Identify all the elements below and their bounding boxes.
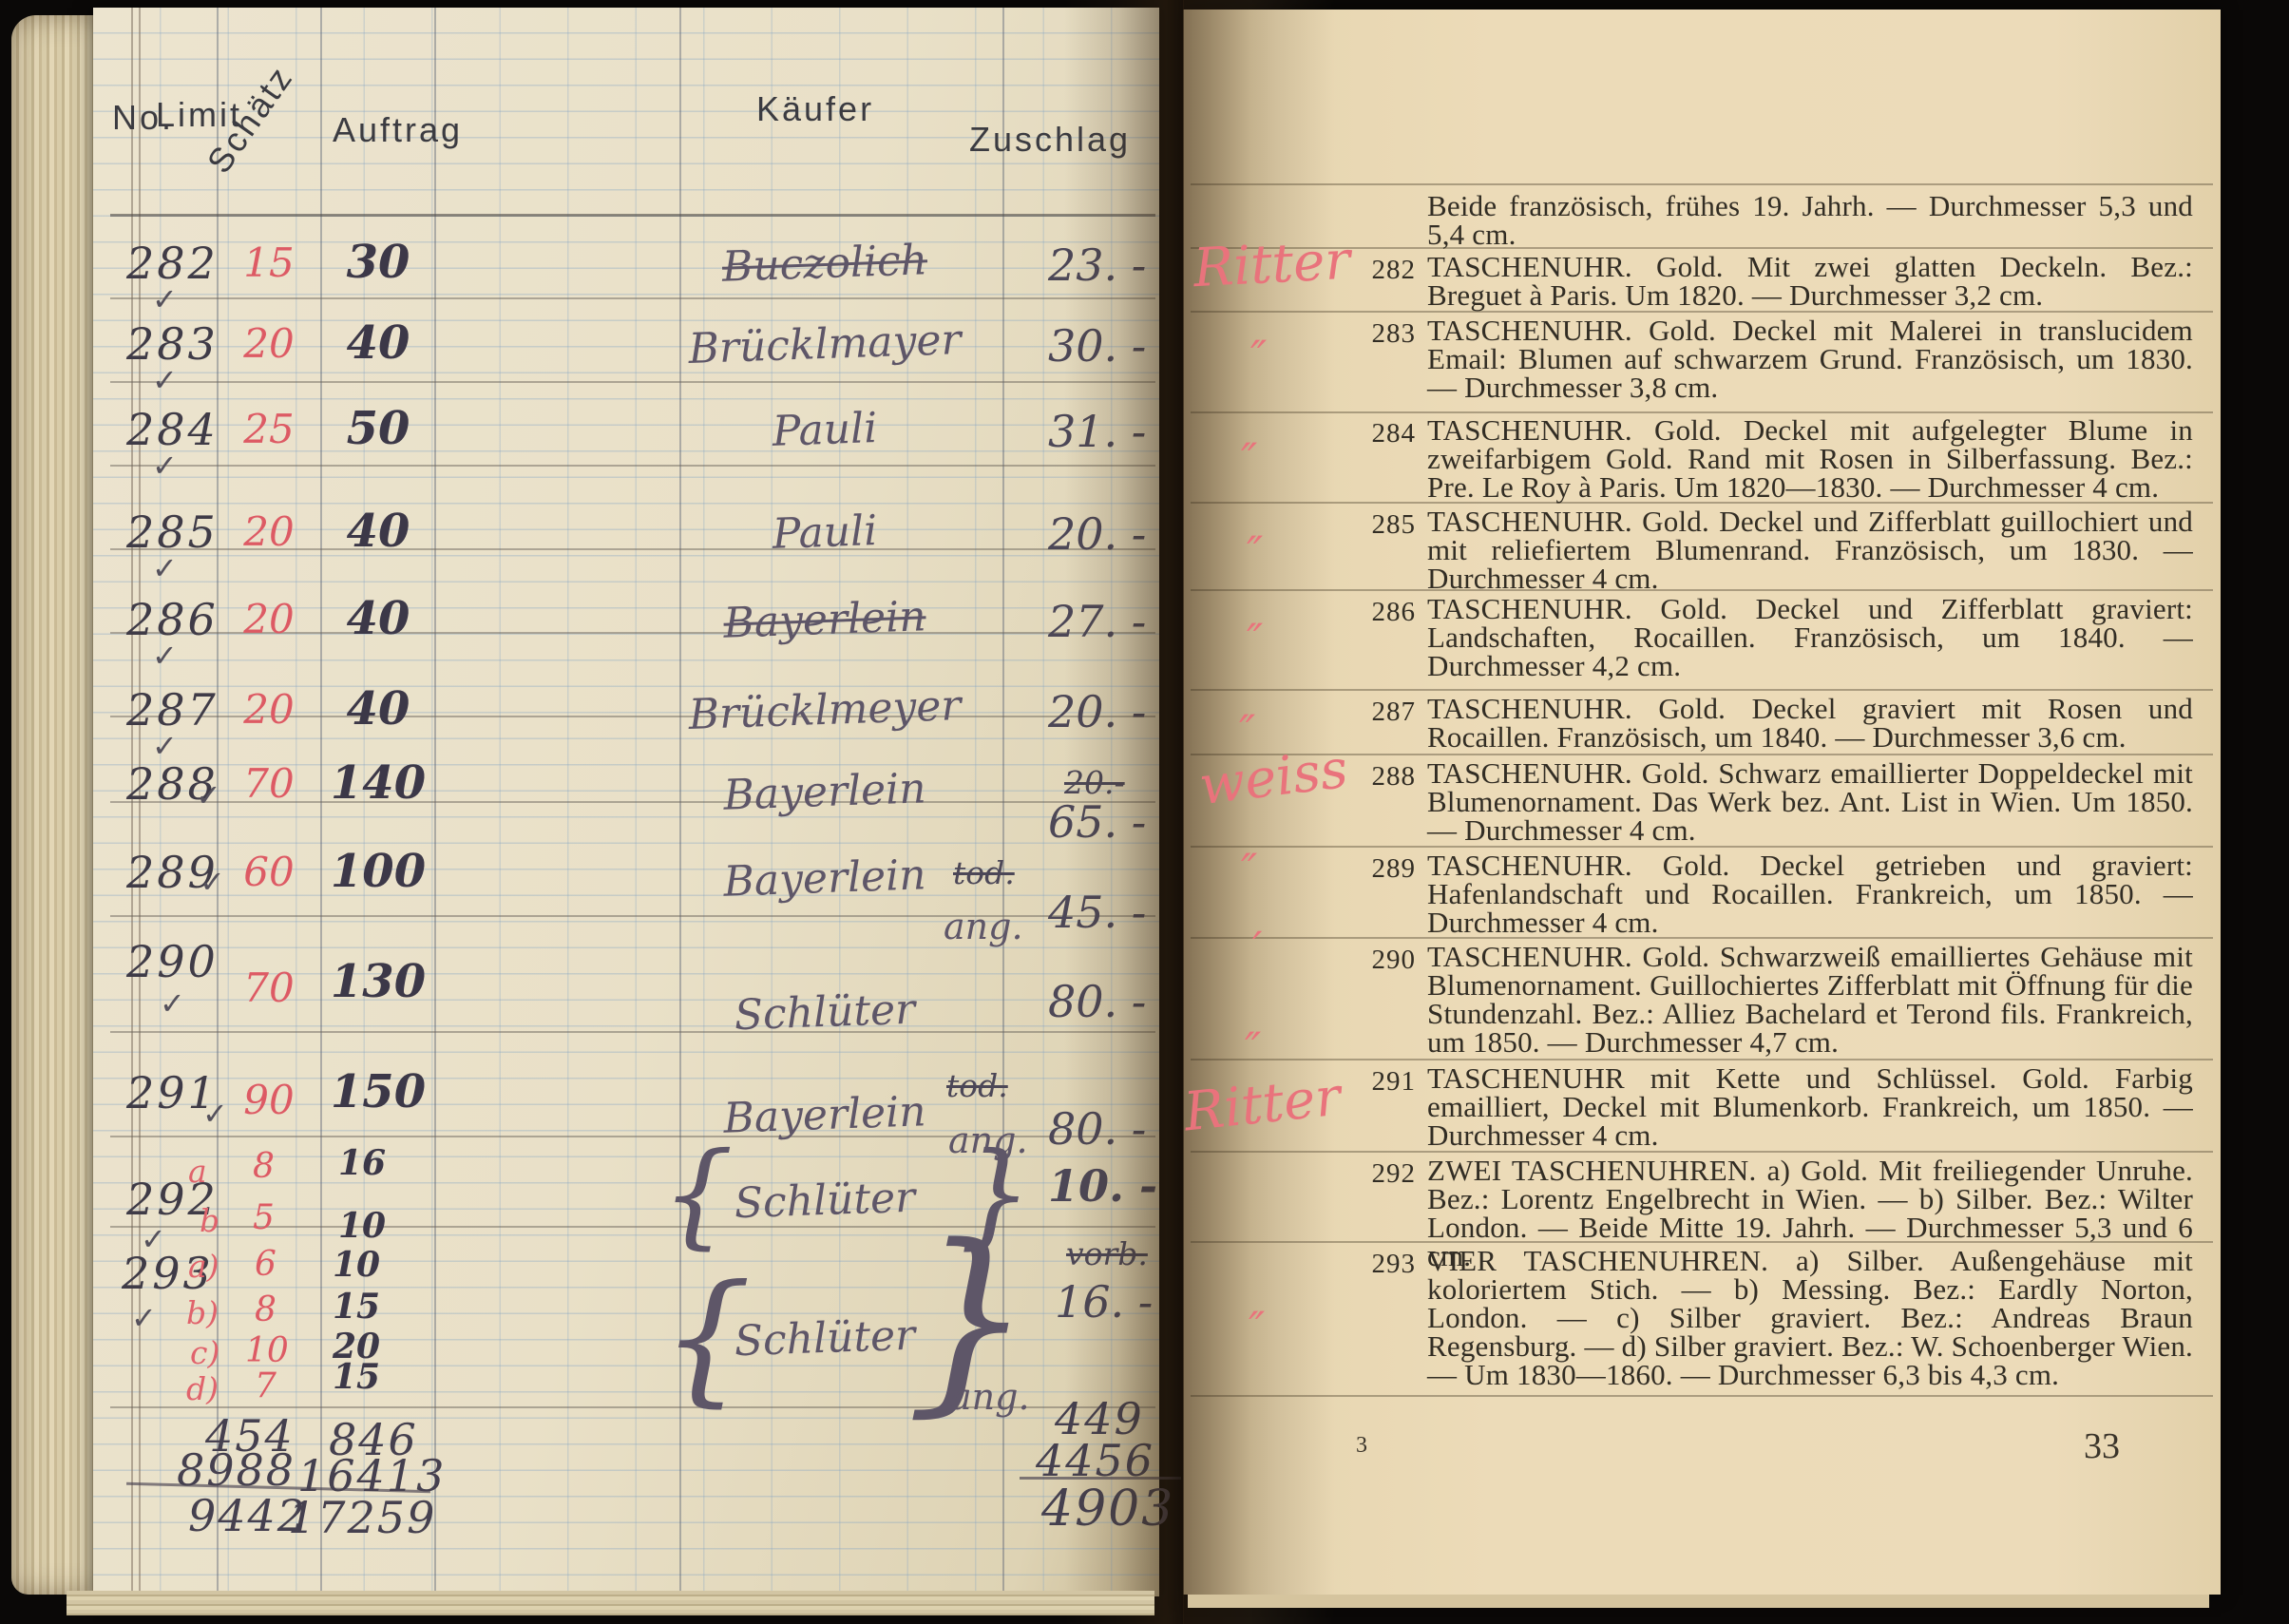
schaetz-value: 40: [326, 316, 430, 370]
entry-text: TASCHENUHR. Gold. Deckel getrieben und g…: [1427, 851, 2193, 937]
sub-letter: c): [190, 1334, 219, 1371]
catalog-entry-287: 287 TASCHENUHR. Gold. Deckel graviert mi…: [1359, 695, 2200, 752]
entry-number: 290: [1359, 945, 1416, 976]
red-ditto-284: ″: [1241, 433, 1257, 485]
entry-number: 282: [1359, 255, 1416, 286]
header-underline: [110, 214, 1155, 217]
ledger-page: No. Limit Schätz Auftrag Käufer Zuschlag…: [93, 8, 1159, 1596]
schaetz-value: 140: [326, 756, 430, 810]
catalog-entry-291: 291 TASCHENUHR mit Kette und Schlüssel. …: [1359, 1064, 2200, 1150]
entry-number: 289: [1359, 853, 1416, 885]
total-zuschlag-sum: 4903: [1041, 1481, 1174, 1538]
catalog-entry-284: 284 TASCHENUHR. Gold. Deckel mit aufgele…: [1359, 416, 2200, 502]
buyer-name: Brücklmeyer: [681, 681, 968, 739]
catalog-entry-282: 282 TASCHENUHR. Gold. Mit zwei glatten D…: [1359, 253, 2200, 310]
row-rule: [110, 381, 1155, 383]
limit-value: 25: [221, 406, 316, 452]
entry-rule: [1191, 183, 2213, 185]
limit-value: 70: [221, 760, 316, 807]
buyer-name: Brücklmayer: [681, 315, 968, 373]
entry-number: 291: [1359, 1066, 1416, 1098]
catalog-entry-289: 289 TASCHENUHR. Gold. Deckel getrieben u…: [1359, 851, 2200, 937]
header-auftrag: Auftrag: [333, 110, 463, 150]
struck-note: tod.: [953, 854, 1015, 891]
catalog-entry-288: 288 TASCHENUHR. Gold. Schwarz emailliert…: [1359, 759, 2200, 845]
margin-note: ang.: [944, 906, 1023, 947]
entry-rule: [1191, 1059, 2213, 1060]
hammer-price: 27. -: [1048, 596, 1146, 647]
buyer-name: Pauli: [681, 401, 968, 459]
hammer-price: 80. -: [1048, 976, 1146, 1027]
entry-number: 288: [1359, 761, 1416, 793]
red-ditto-289: ″: [1241, 844, 1257, 895]
checkmark: ✓: [152, 362, 178, 398]
checkmark: ✓: [196, 777, 221, 813]
sub-schaetz: 10: [333, 1245, 380, 1285]
margin-note: ang.: [950, 1376, 1030, 1418]
sub-limit: 8: [255, 1290, 277, 1329]
red-ditto-286: ″: [1247, 614, 1263, 665]
buyer-name: Bayerlein: [681, 763, 968, 821]
sub-letter: d): [186, 1370, 219, 1407]
sub-schaetz: 15: [333, 1357, 380, 1397]
limit-value: 20: [221, 508, 316, 555]
checkmark: ✓: [152, 550, 178, 586]
entry-number: 283: [1359, 318, 1416, 350]
struck-note: vorb.: [1066, 1235, 1148, 1272]
auction-book-photo: No. Limit Schätz Auftrag Käufer Zuschlag…: [0, 0, 2289, 1624]
header-zuschlag: Zuschlag: [969, 120, 1131, 160]
red-ditto-285: ″: [1247, 526, 1263, 578]
bottom-page-edge-left: [67, 1591, 1154, 1615]
limit-value: 20: [221, 320, 316, 367]
sub-letter: b: [200, 1202, 219, 1239]
schaetz-value: 40: [326, 592, 430, 645]
catalog-intro: Beide französisch, frühes 19. Jahrh. — D…: [1359, 192, 2200, 249]
limit-value: 60: [221, 849, 316, 895]
checkmark: ✓: [131, 1300, 157, 1336]
hammer-price: 20. -: [1048, 508, 1146, 560]
entry-text: TASCHENUHR. Gold. Deckel und Zifferblatt…: [1427, 507, 2193, 593]
hammer-price: 10. -: [1048, 1160, 1157, 1212]
schaetz-value: 130: [326, 955, 430, 1008]
entry-rule: [1191, 1395, 2213, 1397]
entry-text: TASCHENUHR. Gold. Deckel mit Malerei in …: [1427, 316, 2193, 402]
catalog-entry-283: 283 TASCHENUHR. Gold. Deckel mit Malerei…: [1359, 316, 2200, 402]
checkmark: ✓: [152, 448, 178, 484]
red-annotation-282: Ritter: [1192, 230, 1351, 300]
sub-limit: 5: [253, 1198, 275, 1237]
catalog-entry-286: 286 TASCHENUHR. Gold. Deckel und Zifferb…: [1359, 595, 2200, 680]
page-number: 33: [2084, 1425, 2120, 1467]
hammer-price: 23. -: [1048, 239, 1146, 291]
checkmark: ✓: [160, 985, 185, 1022]
hammer-price: 31. -: [1048, 406, 1146, 457]
entry-number: 286: [1359, 597, 1416, 628]
sub-limit: 7: [255, 1366, 277, 1405]
red-ditto-293: ″: [1249, 1302, 1265, 1353]
schaetz-value: 100: [326, 845, 430, 898]
signature-mark: 3: [1356, 1433, 1367, 1459]
schaetz-value: 150: [326, 1065, 430, 1118]
entry-text: VIER TASCHENUHREN. a) Silber. Außengehäu…: [1427, 1247, 2193, 1389]
catalog-entry-290: 290 TASCHENUHR. Gold. Schwarzweiß emaill…: [1359, 943, 2200, 1057]
limit-value: 90: [221, 1077, 316, 1123]
sub-limit: 8: [253, 1147, 275, 1186]
total-schaetz-sum: 17259: [288, 1492, 436, 1543]
sub-limit: 10: [245, 1331, 289, 1370]
entry-text: TASCHENUHR. Gold. Schwarz emaillierter D…: [1427, 759, 2193, 845]
checkmark: ✓: [152, 281, 178, 317]
sub-limit: 6: [255, 1245, 277, 1284]
entry-text: TASCHENUHR. Gold. Deckel graviert mit Ro…: [1427, 695, 2193, 752]
sub-schaetz: 10: [338, 1206, 386, 1246]
entry-number: 292: [1359, 1158, 1416, 1190]
red-ditto-291: ″: [1245, 1022, 1261, 1074]
entry-rule: [1191, 1151, 2213, 1153]
entry-text: TASCHENUHR. Gold. Deckel und Zifferblatt…: [1427, 595, 2193, 680]
sub-letter: a): [188, 1248, 219, 1285]
entry-text: TASCHENUHR. Gold. Schwarzweiß emailliert…: [1427, 943, 2193, 1057]
schaetz-value: 40: [326, 505, 430, 558]
entry-rule: [1191, 689, 2213, 691]
entry-text: Beide französisch, frühes 19. Jahrh. — D…: [1427, 192, 2193, 249]
entry-text: TASCHENUHR. Gold. Deckel mit aufgelegter…: [1427, 416, 2193, 502]
hammer-price: 30. -: [1048, 320, 1146, 372]
row-rule: [110, 1031, 1155, 1033]
hammer-price: 80. -: [1048, 1103, 1146, 1155]
sum-rule: [1020, 1477, 1181, 1480]
row-rule: [110, 297, 1155, 299]
buyer-name: Pauli: [681, 504, 968, 562]
hammer-price: 65. -: [1048, 796, 1146, 848]
entry-rule: [1191, 937, 2213, 939]
red-ditto-283: ″: [1250, 331, 1267, 382]
schaetz-value: 50: [326, 402, 430, 455]
sub-letter: a: [188, 1153, 207, 1190]
entry-number: 293: [1359, 1249, 1416, 1280]
row-rule: [110, 465, 1155, 467]
buyer-name: Buczolich: [681, 235, 968, 293]
entry-rule: [1191, 846, 2213, 848]
catalog-entry-285: 285 TASCHENUHR. Gold. Deckel und Zifferb…: [1359, 507, 2200, 593]
limit-value: 20: [221, 686, 316, 733]
hammer-price: 20. -: [1048, 686, 1146, 737]
sub-schaetz: 16: [338, 1143, 386, 1183]
buyer-name: Bayerlein: [681, 591, 968, 649]
checkmark: ✓: [152, 638, 178, 674]
buyer-name: Bayerlein: [681, 850, 968, 908]
struck-note: tod.: [946, 1067, 1008, 1104]
schaetz-value: 40: [326, 682, 430, 736]
lot-number: 290: [126, 936, 219, 987]
entry-number: 285: [1359, 509, 1416, 541]
sub-letter: b): [186, 1294, 219, 1331]
hammer-price: 45. -: [1048, 887, 1146, 938]
limit-value: 70: [221, 965, 316, 1011]
entry-text: TASCHENUHR mit Kette und Schlüssel. Gold…: [1427, 1064, 2193, 1150]
sub-schaetz: 15: [333, 1287, 380, 1327]
entry-number: 287: [1359, 697, 1416, 728]
bottom-page-edge-right: [1188, 1595, 2209, 1608]
entry-text: TASCHENUHR. Gold. Mit zwei glatten Decke…: [1427, 253, 2193, 310]
hammer-price: 16. -: [1055, 1276, 1153, 1328]
header-kaeufer: Käufer: [756, 89, 874, 129]
catalog-entry-293: 293 VIER TASCHENUHREN. a) Silber. Außeng…: [1359, 1247, 2200, 1389]
entry-number: 284: [1359, 418, 1416, 449]
buyer-name: Schlüter: [681, 984, 968, 1041]
schaetz-value: 30: [326, 236, 430, 289]
limit-value: 20: [221, 596, 316, 642]
limit-value: 15: [221, 239, 316, 286]
red-ditto-290: ′: [1252, 922, 1262, 973]
